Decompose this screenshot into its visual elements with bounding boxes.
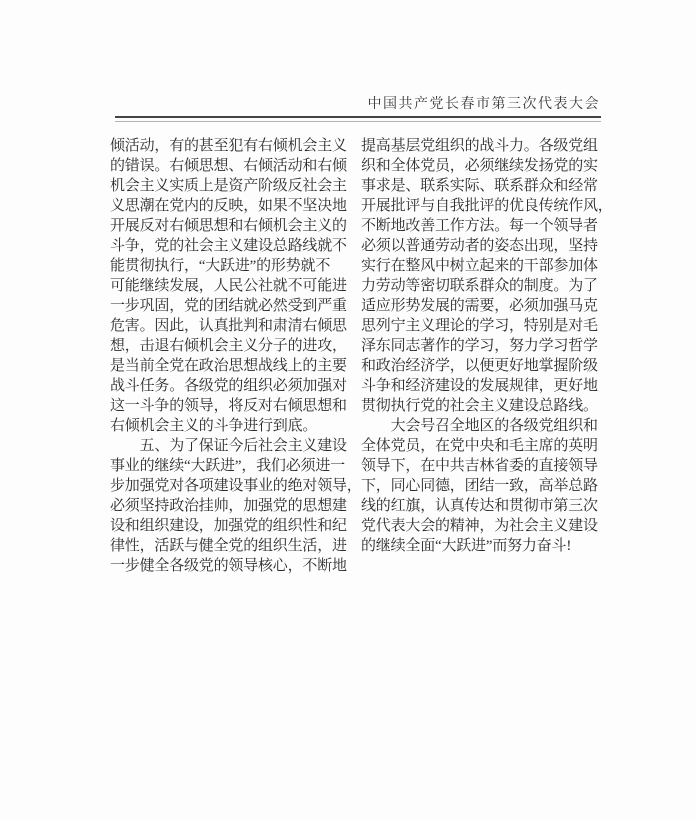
- text-line: 开展批评与自我批评的优良传统作风，: [361, 196, 602, 216]
- text-line: 必须坚持政治挂帅，加强党的思想建: [110, 496, 351, 516]
- text-line: 不断地改善工作方法。每一个领导者: [361, 216, 602, 236]
- text-line: 思列宁主义理论的学习，特别是对毛: [361, 316, 602, 336]
- text-line: 提高基层党组织的战斗力。各级党组: [361, 136, 602, 156]
- text-line: 设和组织建设，加强党的组织性和纪: [110, 516, 351, 536]
- text-line: 斗争和经济建设的发展规律，更好地: [361, 376, 602, 396]
- running-header-title: 中国共产党长春市第三次代表大会: [368, 93, 601, 113]
- text-line: 下，同心同德，团结一致，高举总路: [361, 476, 602, 496]
- text-line: 线的红旗，认真传达和贯彻市第三次: [361, 496, 602, 516]
- text-line: 织和全体党员，必须继续发扬党的实: [361, 156, 602, 176]
- text-line: 可能继续发展，人民公社就不可能进: [110, 276, 351, 296]
- text-line: 泽东同志著作的学习，努力学习哲学: [361, 336, 602, 356]
- text-line: 贯彻执行党的社会主义建设总路线。: [361, 396, 602, 416]
- text-line: 五、为了保证今后社会主义建设: [110, 436, 351, 456]
- text-line: 一步巩固，党的团结就必然受到严重: [110, 296, 351, 316]
- text-line: 义思潮在党内的反映，如果不坚决地: [110, 196, 351, 216]
- text-line: 开展反对右倾思想和右倾机会主义的: [110, 216, 351, 236]
- text-line: 战斗任务。各级党的组织必须加强对: [110, 376, 351, 396]
- text-line: 机会主义实质上是资产阶级反社会主: [110, 176, 351, 196]
- text-line: 斗争，党的社会主义建设总路线就不: [110, 236, 351, 256]
- text-line: 领导下，在中共吉林省委的直接领导: [361, 456, 602, 476]
- text-line: 律性，活跃与健全党的组织生活，进: [110, 536, 351, 556]
- text-line: 这一斗争的领导，将反对右倾思想和: [110, 396, 351, 416]
- text-line: 必须以普通劳动者的姿态出现，坚持: [361, 236, 602, 256]
- text-line: 大会号召全地区的各级党组织和: [361, 416, 602, 436]
- text-line: 一步健全各级党的领导核心，不断地: [110, 556, 351, 576]
- text-line: 适应形势发展的需要，必须加强马克: [361, 296, 602, 316]
- text-columns: 倾活动，有的甚至犯有右倾机会主义的错误。右倾思想、右倾活动和右倾机会主义实质上是…: [110, 136, 602, 576]
- text-line: 全体党员，在党中央和毛主席的英明: [361, 436, 602, 456]
- text-line: 右倾机会主义的斗争进行到底。: [110, 416, 351, 436]
- text-line: 危害。因此，认真批判和肃清右倾思: [110, 316, 351, 336]
- text-line: 和政治经济学，以便更好地掌握阶级: [361, 356, 602, 376]
- text-line: 党代表大会的精神，为社会主义建设: [361, 516, 602, 536]
- text-line: 的错误。右倾思想、右倾活动和右倾: [110, 156, 351, 176]
- document-page: 中国共产党长春市第三次代表大会 倾活动，有的甚至犯有右倾机会主义的错误。右倾思想…: [0, 0, 696, 820]
- text-line: 是当前全党在政治思想战线上的主要: [110, 356, 351, 376]
- text-line: 想，击退右倾机会主义分子的进攻，: [110, 336, 351, 356]
- right-text-column: 提高基层党组织的战斗力。各级党组织和全体党员，必须继续发扬党的实事求是、联系实际…: [361, 136, 602, 576]
- text-line: 能贯彻执行，“大跃进”的形势就不: [110, 256, 351, 276]
- text-line: 实行在整风中树立起来的干部参加体: [361, 256, 602, 276]
- left-text-column: 倾活动，有的甚至犯有右倾机会主义的错误。右倾思想、右倾活动和右倾机会主义实质上是…: [110, 136, 351, 576]
- text-line: 步加强党对各项建设事业的绝对领导，: [110, 476, 351, 496]
- text-line: 事求是、联系实际、联系群众和经常: [361, 176, 602, 196]
- text-line: 倾活动，有的甚至犯有右倾机会主义: [110, 136, 351, 156]
- text-line: 力劳动等密切联系群众的制度。为了: [361, 276, 602, 296]
- text-line: 事业的继续“大跃进”，我们必须进一: [110, 456, 351, 476]
- header-rule: [115, 116, 601, 122]
- text-line: 的继续全面“大跃进”而努力奋斗!: [361, 536, 602, 556]
